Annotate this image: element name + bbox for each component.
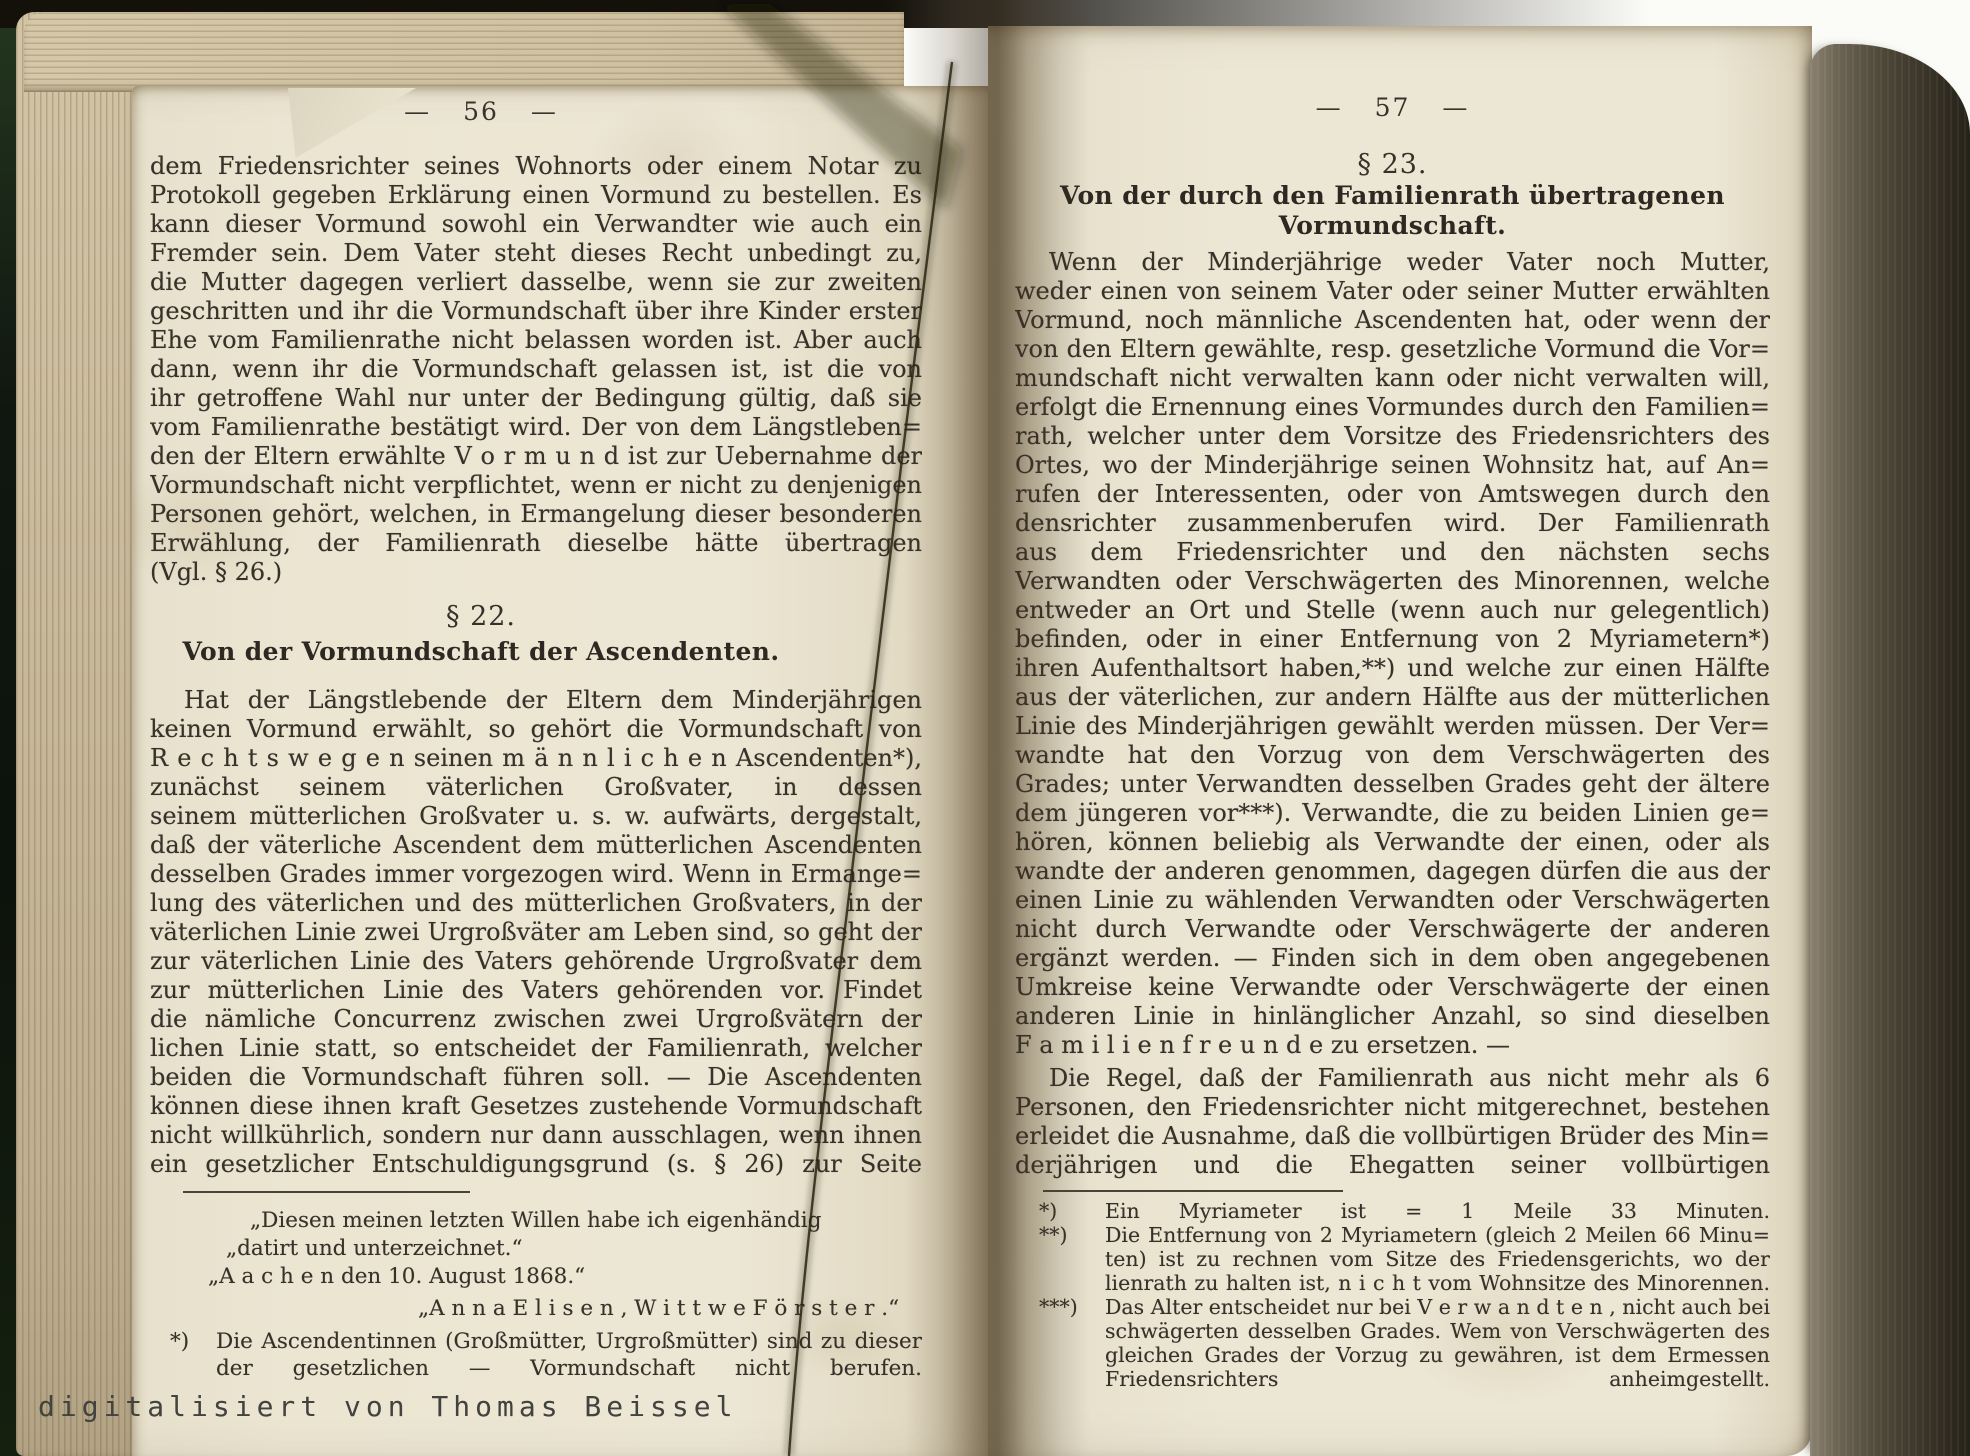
book-scan: — 56 — dem Friedensrichter seines Wohnor… xyxy=(0,0,1970,1456)
right-paragraph-1: Wenn der Minderjährige weder Vater noch … xyxy=(1015,248,1770,1060)
footnote-rule-right xyxy=(1043,1190,1343,1192)
text-line: zunächst seinem väterlichen Großvater, i… xyxy=(150,773,922,802)
text-line: befinden, oder in einer Entfernung von 2… xyxy=(1015,625,1770,654)
footnote-line: ten) ist zu rechnen vom Sitze des Friede… xyxy=(1105,1248,1770,1272)
text-line: die nämliche Concurrenz zwischen zwei Ur… xyxy=(150,1005,922,1034)
page-number-56: — 56 — xyxy=(95,96,867,128)
text-line: väterlichen Linie zwei Urgroßväter am Le… xyxy=(150,918,922,947)
text-line: Umkreise keine Verwandte oder Verschwäge… xyxy=(1015,973,1770,1002)
text-line: erleidet die Ausnahme, daß die vollbürti… xyxy=(1015,1122,1770,1151)
footnote-marker: ***) xyxy=(1039,1296,1097,1320)
text-line: Fremder sein. Dem Vater steht dieses Rec… xyxy=(150,239,922,268)
left-paragraph-1: dem Friedensrichter seines Wohnorts oder… xyxy=(150,152,922,587)
footnote-quote-line: „A a c h e n den 10. August 1868.“ xyxy=(208,1263,922,1291)
text-line: (Vgl. § 26.) xyxy=(150,558,922,587)
text-line: dem jüngeren vor***). Verwandte, die zu … xyxy=(1015,799,1770,828)
text-line: Vormund, noch männliche Ascendenten hat,… xyxy=(1015,306,1770,335)
footnote-line: lienrath zu halten ist, n i c h t vom Wo… xyxy=(1105,1272,1770,1296)
text-line: rath, welcher unter dem Vorsitze des Fri… xyxy=(1015,422,1770,451)
footnote-line: *)Die Ascendentinnen (Großmütter, Urgroß… xyxy=(170,1329,922,1356)
text-line: geschritten und ihr die Vormundschaft üb… xyxy=(150,297,922,326)
footnote-line: ***)Das Alter entscheidet nur bei V e r … xyxy=(1039,1296,1770,1320)
footnote-line: **)Die Entfernung von 2 Myriametern (gle… xyxy=(1039,1224,1770,1248)
text-line: beiden die Vormundschaft führen soll. — … xyxy=(150,1063,922,1092)
text-line: dann, wenn ihr die Vormundschaft gelasse… xyxy=(150,355,922,384)
footnote-text: Die Ascendentinnen (Großmütter, Urgroßmü… xyxy=(170,1329,922,1356)
footnote-quote-line: „Diesen meinen letzten Willen habe ich e… xyxy=(250,1207,922,1235)
text-line: dem Friedensrichter seines Wohnorts oder… xyxy=(150,152,922,181)
text-line: derjährigen und die Ehegatten seiner vol… xyxy=(1015,1151,1770,1180)
footnote-line: der gesetzlichen — Vormundschaft nicht b… xyxy=(216,1356,922,1383)
text-line: Wenn der Minderjährige weder Vater noch … xyxy=(1015,248,1770,277)
text-line: aus dem Friedensrichter und den nächsten… xyxy=(1015,538,1770,567)
text-line: nicht durch Verwandte oder Verschwägerte… xyxy=(1015,915,1770,944)
text-line: desselben Grades immer vorgezogen wird. … xyxy=(150,860,922,889)
text-line: zur väterlichen Linie des Vaters gehören… xyxy=(150,947,922,976)
text-line: von den Eltern gewählte, resp. gesetzlic… xyxy=(1015,335,1770,364)
footnote-marker: *) xyxy=(1039,1200,1097,1224)
text-line: Verwandten oder Verschwägerten des Minor… xyxy=(1015,567,1770,596)
footnote-text: Das Alter entscheidet nur bei V e r w a … xyxy=(1039,1296,1770,1320)
text-line: wandte der anderen genommen, dagegen dür… xyxy=(1015,857,1770,886)
section-23-title-line2: Vormundschaft. xyxy=(1015,212,1770,240)
text-line: Personen gehört, welchen, in Ermangelung… xyxy=(150,500,922,529)
right-footnotes: *)Ein Myriameter ist = 1 Meile 33 Minute… xyxy=(1015,1200,1770,1392)
left-footnote-quote: „Diesen meinen letzten Willen habe ich e… xyxy=(150,1207,922,1323)
text-line: zur mütterlichen Linie des Vaters gehöre… xyxy=(150,976,922,1005)
text-line: Ortes, wo der Minderjährige seinen Wohns… xyxy=(1015,451,1770,480)
text-line: aus der väterlichen, zur andern Hälfte a… xyxy=(1015,683,1770,712)
text-line: hören, können beliebig als Verwandte der… xyxy=(1015,828,1770,857)
text-line: lung des väterlichen und des mütterliche… xyxy=(150,889,922,918)
footnote-rule-left xyxy=(183,1191,470,1193)
text-line: Vormundschaft nicht verpflichtet, wenn e… xyxy=(150,471,922,500)
footnote-line: Friedensrichters anheimgestellt. xyxy=(1105,1368,1770,1392)
text-line: R e c h t s w e g e n seinen m ä n n l i… xyxy=(150,744,922,773)
left-footnotes: *)Die Ascendentinnen (Großmütter, Urgroß… xyxy=(150,1329,922,1383)
text-line: kann dieser Vormund sowohl ein Verwandte… xyxy=(150,210,922,239)
page-stack-top-edge xyxy=(24,12,904,92)
footnote-line: schwägerten desselben Grades. Wem von Ve… xyxy=(1105,1320,1770,1344)
section-23-number: § 23. xyxy=(1015,150,1770,180)
text-line: rufen der Interessenten, oder von Amtswe… xyxy=(1015,480,1770,509)
text-line: einen Linie zu wählenden Verwandten oder… xyxy=(1015,886,1770,915)
text-line: ihren Aufenthaltsort haben,**) und welch… xyxy=(1015,654,1770,683)
text-line: mundschaft nicht verwalten kann oder nic… xyxy=(1015,364,1770,393)
text-line: wandte hat den Vorzug von dem Verschwäge… xyxy=(1015,741,1770,770)
text-line: densrichter zusammenberufen wird. Der Fa… xyxy=(1015,509,1770,538)
text-line: Ehe vom Familienrathe nicht belassen wor… xyxy=(150,326,922,355)
text-line: können diese ihnen kraft Gesetzes zusteh… xyxy=(150,1092,922,1121)
footnote-text: Die Entfernung von 2 Myriametern (gleich… xyxy=(1105,1224,1770,1247)
footnote-marker: **) xyxy=(1039,1224,1097,1248)
right-page-content: — 57 — § 23. Von der durch den Familienr… xyxy=(1015,0,1770,1392)
text-line: keinen Vormund erwählt, so gehört die Vo… xyxy=(150,715,922,744)
left-page-content: — 56 — dem Friedensrichter seines Wohnor… xyxy=(150,88,922,1383)
text-line: ein gesetzlicher Entschuldigungsgrund (s… xyxy=(150,1150,922,1179)
text-line: ihr getroffene Wahl nur unter der Beding… xyxy=(150,384,922,413)
text-line: erfolgt die Ernennung eines Vormundes du… xyxy=(1015,393,1770,422)
text-line: seinem mütterlichen Großvater u. s. w. a… xyxy=(150,802,922,831)
footnote-line: *)Ein Myriameter ist = 1 Meile 33 Minute… xyxy=(1039,1200,1770,1224)
right-paragraph-2: Die Regel, daß der Familienrath aus nich… xyxy=(1015,1064,1770,1180)
text-line: Protokoll gegeben Erklärung einen Vormun… xyxy=(150,181,922,210)
text-line: daß der väterliche Ascendent dem mütterl… xyxy=(150,831,922,860)
page-stack-left-edge xyxy=(16,12,138,1456)
text-line: Die Regel, daß der Familienrath aus nich… xyxy=(1015,1064,1770,1093)
text-line: entweder an Ort und Stelle (wenn auch nu… xyxy=(1015,596,1770,625)
footnote-text: Ein Myriameter ist = 1 Meile 33 Minuten. xyxy=(1105,1200,1770,1223)
section-22-title: Von der Vormundschaft der Ascendenten. xyxy=(95,638,867,666)
text-line: lichen Linie statt, so entscheidet der F… xyxy=(150,1034,922,1063)
footnote-marker: *) xyxy=(170,1329,208,1356)
section-22-number: § 22. xyxy=(95,602,867,632)
text-line: Linie des Minderjährigen gewählt werden … xyxy=(1015,712,1770,741)
text-line: Hat der Längstlebende der Eltern dem Min… xyxy=(150,686,922,715)
text-line: F a m i l i e n f r e u n d e zu ersetze… xyxy=(1015,1031,1770,1060)
left-paragraph-2: Hat der Längstlebende der Eltern dem Min… xyxy=(150,686,922,1179)
footnote-line: gleichen Grades der Vorzug zu gewähren, … xyxy=(1105,1344,1770,1368)
page-number-57: — 57 — xyxy=(1015,92,1770,124)
section-23-title-line1: Von der durch den Familienrath übertrage… xyxy=(1015,182,1770,210)
text-line: die Mutter dagegen verliert dasselbe, we… xyxy=(150,268,922,297)
text-line: weder einen von seinem Vater oder seiner… xyxy=(1015,277,1770,306)
text-line: ergänzt werden. — Finden sich in dem obe… xyxy=(1015,944,1770,973)
text-line: vom Familienrathe bestätigt wird. Der vo… xyxy=(150,413,922,442)
text-line: Erwählung, der Familienrath dieselbe hät… xyxy=(150,529,922,558)
footnote-quote-line: „A n n a E l i s e n , W i t t w e F ö r… xyxy=(418,1295,922,1323)
text-line: den der Eltern erwählte V o r m u n d is… xyxy=(150,442,922,471)
text-line: nicht willkührlich, sondern nur dann aus… xyxy=(150,1121,922,1150)
text-line: anderen Linie in hinlänglicher Anzahl, s… xyxy=(1015,1002,1770,1031)
footnote-quote-line: „datirt und unterzeichnet.“ xyxy=(226,1235,922,1263)
text-line: Personen, den Friedensrichter nicht mitg… xyxy=(1015,1093,1770,1122)
text-line: Grades; unter Verwandten desselben Grade… xyxy=(1015,770,1770,799)
digitization-watermark: digitalisiert von Thomas Beissel xyxy=(38,1390,737,1423)
page-stack-right-edge xyxy=(1810,44,1970,1456)
